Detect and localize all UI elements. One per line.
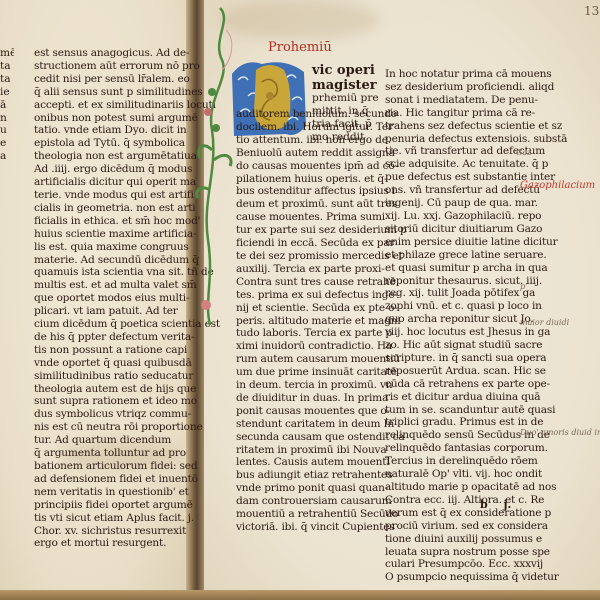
marginal-annotation-red: Gazophilacium xyxy=(520,180,595,191)
page-bottom-edge xyxy=(0,590,600,600)
signature-mark: b j. xyxy=(480,498,511,511)
left-margin-fragments: mē ta ta ie ā n u e a xyxy=(0,47,14,163)
marginal-annotation: maior diuidi xyxy=(520,318,569,327)
paper-stain xyxy=(220,0,380,40)
left-text-column: est sensus anagogicus. Ad de- structione… xyxy=(34,47,154,550)
folio-number: 13 xyxy=(584,4,599,18)
incipit: vic operi magister xyxy=(312,63,377,93)
book-spread: mē ta ta ie ā n u e a est sensus anagogi… xyxy=(0,0,600,600)
main-text-column: auditorem beniuolum. secundo docilem. ib… xyxy=(236,108,361,534)
marginal-annotation: Gaz xyxy=(516,148,531,157)
marginal-annotation: Duo' amoris diuid in q'ostend xyxy=(520,428,600,437)
marginal-annotation: p' xyxy=(520,282,527,291)
floral-vine-border-icon xyxy=(192,0,242,340)
heading-text: Prohemiū xyxy=(268,40,332,55)
chapter-heading: Prohemiū xyxy=(268,40,332,55)
